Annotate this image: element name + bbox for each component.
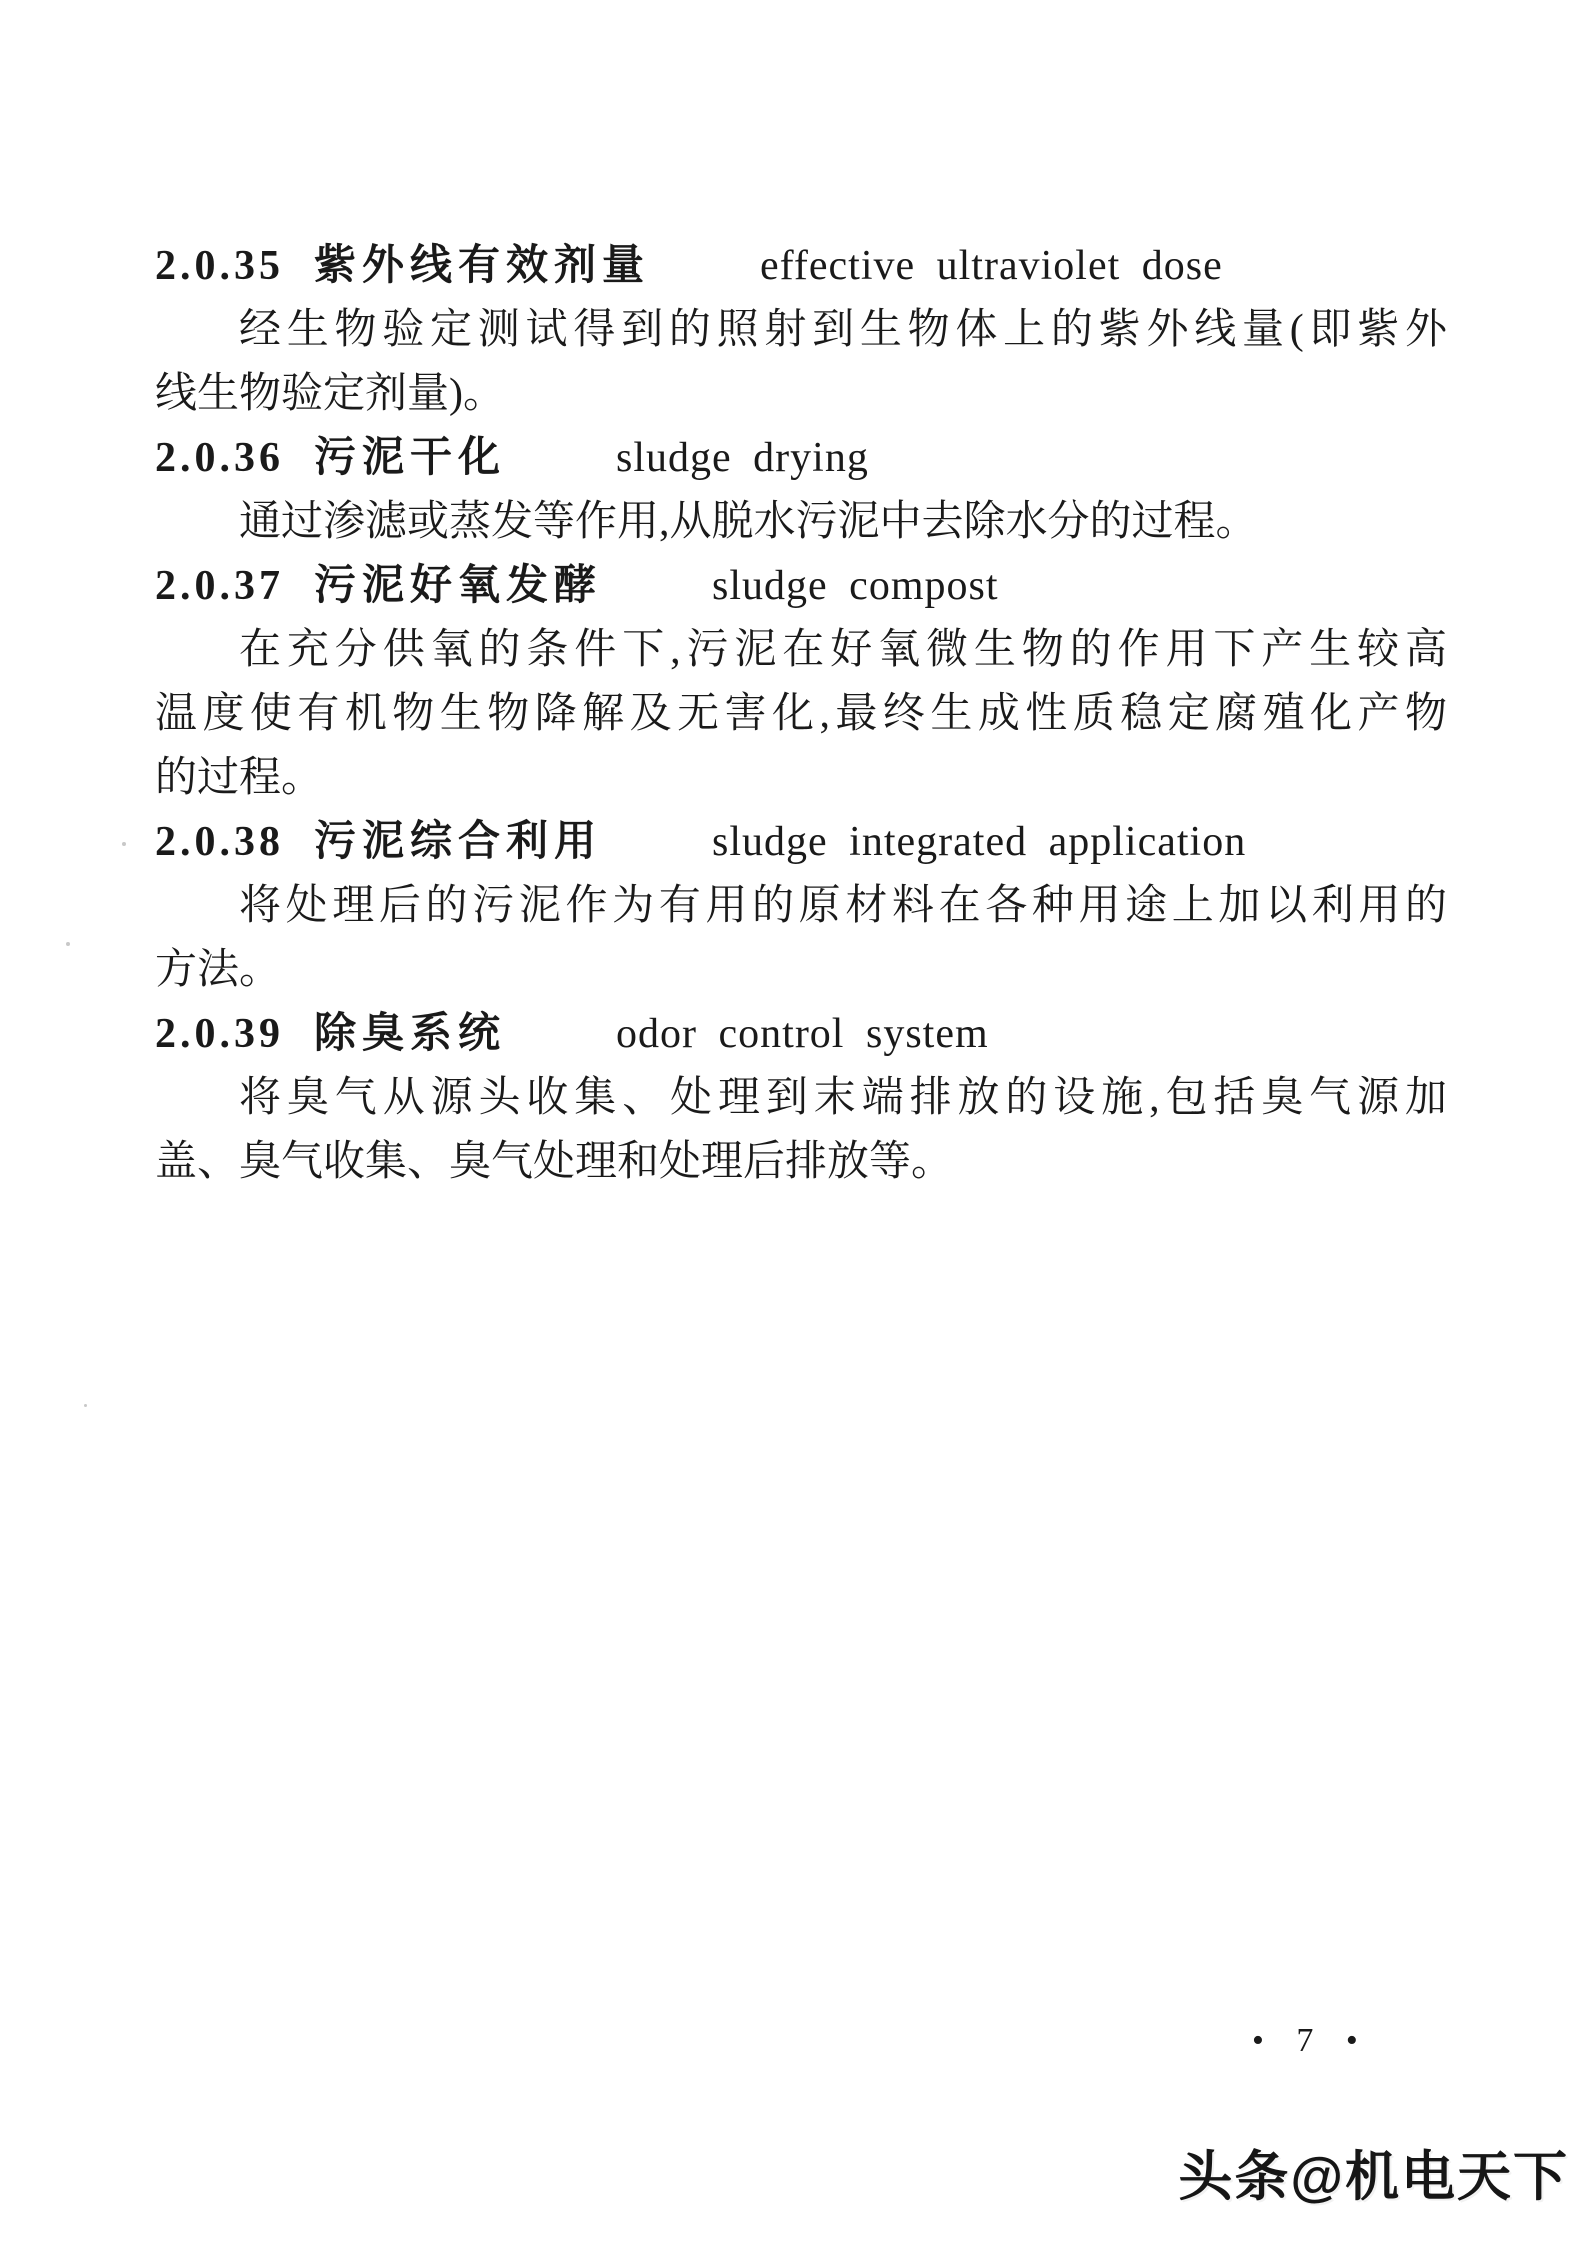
- definition-line: 温度使有机物生物降解及无害化,最终生成性质稳定腐殖化产物: [155, 682, 1447, 746]
- definition-line: 将处理后的污泥作为有用的原材料在各种用途上加以利用的: [155, 874, 1447, 938]
- term-english: sludge drying: [616, 435, 869, 481]
- term-number: 2.0.38: [155, 819, 284, 865]
- term-number: 2.0.35: [155, 243, 284, 289]
- scanned-document-page: { "page": { "background": "#ffffff", "te…: [0, 0, 1587, 2246]
- term-number: 2.0.39: [155, 1011, 284, 1057]
- definition-line: 的过程。: [155, 746, 1447, 810]
- term-chinese: 污泥综合利用: [314, 819, 602, 865]
- definition-line: 在充分供氧的条件下,污泥在好氧微生物的作用下产生较高: [155, 618, 1447, 682]
- definition-line: 将臭气从源头收集、处理到末端排放的设施,包括臭气源加: [155, 1066, 1447, 1130]
- term-heading-2-0-38: 2.0.38污泥综合利用sludge integrated applicatio…: [155, 810, 1447, 874]
- term-number: 2.0.37: [155, 563, 284, 609]
- term-chinese: 除臭系统: [314, 1011, 506, 1057]
- definition-line: 盖、臭气收集、臭气处理和处理后排放等。: [155, 1130, 1447, 1194]
- term-heading-2-0-36: 2.0.36污泥干化sludge drying: [155, 426, 1447, 490]
- term-heading-2-0-37: 2.0.37污泥好氧发酵sludge compost: [155, 554, 1447, 618]
- page-number: • 7 •: [1252, 2022, 1370, 2060]
- scan-speck: [66, 942, 70, 946]
- scan-speck: [84, 1404, 87, 1407]
- term-chinese: 污泥好氧发酵: [314, 563, 602, 609]
- scan-speck: [122, 842, 126, 846]
- term-english: odor control system: [616, 1011, 989, 1057]
- definition-line: 通过渗滤或蒸发等作用,从脱水污泥中去除水分的过程。: [155, 490, 1447, 554]
- term-number: 2.0.36: [155, 435, 284, 481]
- term-english: sludge compost: [712, 563, 998, 609]
- term-english: sludge integrated application: [712, 819, 1246, 865]
- term-heading-2-0-39: 2.0.39除臭系统odor control system: [155, 1002, 1447, 1066]
- definition-line: 线生物验定剂量)。: [155, 362, 1447, 426]
- definition-line: 经生物验定测试得到的照射到生物体上的紫外线量(即紫外: [155, 298, 1447, 362]
- term-chinese: 污泥干化: [314, 435, 506, 481]
- term-english: effective ultraviolet dose: [760, 243, 1223, 289]
- definition-line: 方法。: [155, 938, 1447, 1002]
- term-heading-2-0-35: 2.0.35紫外线有效剂量effective ultraviolet dose: [155, 234, 1447, 298]
- watermark-toutiao: 头条@机电天下: [1178, 2134, 1569, 2211]
- term-chinese: 紫外线有效剂量: [314, 243, 650, 289]
- terminology-definitions: 2.0.35紫外线有效剂量effective ultraviolet dose …: [155, 234, 1447, 1194]
